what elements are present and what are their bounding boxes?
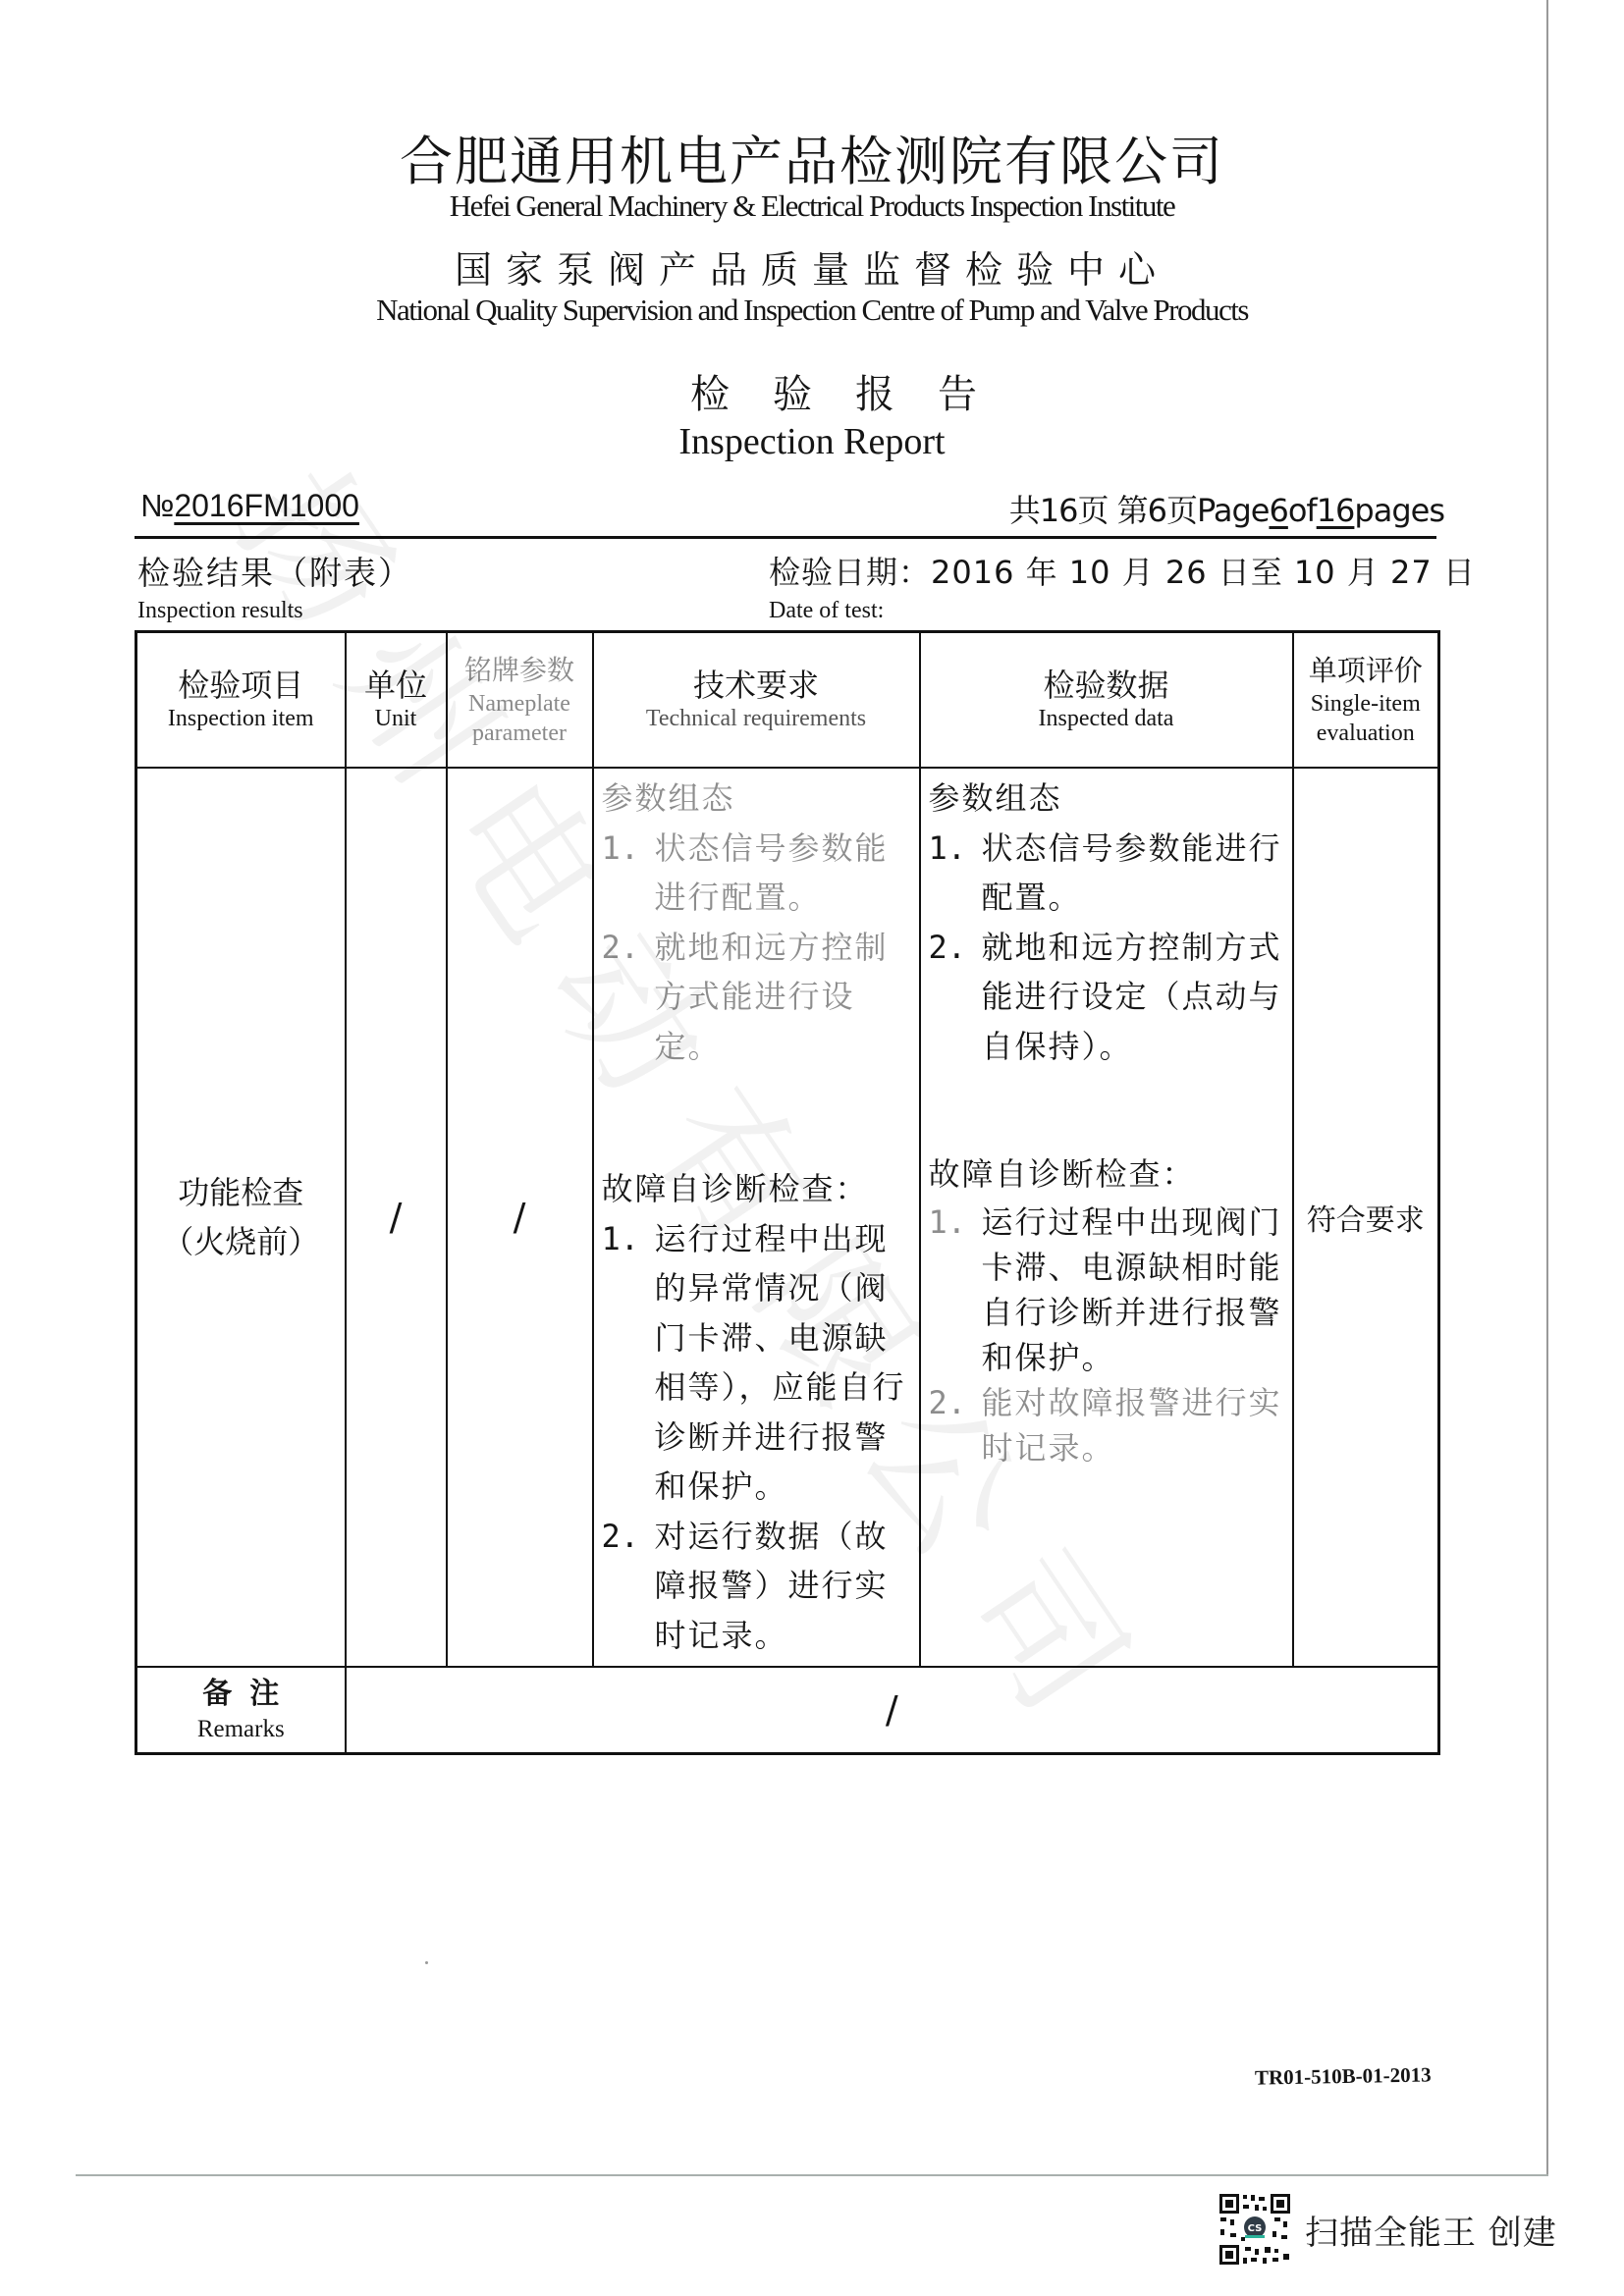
document-number: №2016FM1000 bbox=[140, 488, 359, 524]
list-item: 2.就地和远方控制方式能进行设定。 bbox=[602, 923, 913, 1072]
form-code: TR01-510B-01-2013 bbox=[1255, 2062, 1432, 2090]
list-item: 2.就地和远方控制方式能进行设定（点动与自保持）。 bbox=[929, 923, 1286, 1072]
center-name-en: National Quality Supervision and Inspect… bbox=[0, 293, 1624, 328]
cell-inspection-item: 功能检查 （火烧前） bbox=[136, 768, 346, 1667]
item-qualifier: （火烧前） bbox=[137, 1217, 345, 1266]
remarks-row: 备注 Remarks / bbox=[136, 1667, 1439, 1754]
col-header-en: Technical requirements bbox=[594, 704, 919, 733]
col-header-cn: 单项评价 bbox=[1294, 652, 1438, 689]
remarks-label: 备注 Remarks bbox=[136, 1667, 346, 1754]
col-header-nameplate: 铭牌参数 Nameplate parameter bbox=[447, 632, 593, 769]
item-text: 状态信号参数能进行配置。 bbox=[655, 824, 913, 923]
col-header-cn: 检验数据 bbox=[921, 667, 1292, 704]
col-header-cn: 铭牌参数 bbox=[448, 652, 592, 689]
report-title-en: Inspection Report bbox=[0, 420, 1624, 463]
col-header-en: evaluation bbox=[1294, 719, 1438, 748]
item-text: 就地和远方控制方式能进行设定。 bbox=[655, 923, 913, 1072]
col-header-inspection-item: 检验项目 Inspection item bbox=[136, 632, 346, 769]
col-header-inspected-data: 检验数据 Inspected data bbox=[920, 632, 1293, 769]
item-name: 功能检查 bbox=[137, 1168, 345, 1217]
col-header-en: Inspection item bbox=[137, 704, 345, 733]
item-number: 2. bbox=[602, 923, 655, 1072]
test-date-cn: 检验日期：2016 年 10 月 26 日至 10 月 27 日 bbox=[769, 548, 1476, 593]
item-number: 2. bbox=[929, 1380, 982, 1470]
item-number: 1. bbox=[602, 824, 655, 923]
org-name-en: Hefei General Machinery & Electrical Pro… bbox=[0, 188, 1624, 224]
page-info-en-prefix: Page bbox=[1197, 492, 1269, 529]
req-section1-list: 1.状态信号参数能进行配置。 2.就地和远方控制方式能进行设定。 bbox=[602, 824, 913, 1072]
remarks-value: / bbox=[346, 1667, 1439, 1754]
item-number: 2. bbox=[602, 1512, 655, 1661]
col-header-cn: 单位 bbox=[347, 667, 446, 704]
scanner-badge: CS bbox=[1248, 2223, 1263, 2234]
col-header-evaluation: 单项评价 Single-item evaluation bbox=[1293, 632, 1439, 769]
cell-evaluation: 符合要求 bbox=[1293, 768, 1439, 1667]
col-header-cn: 检验项目 bbox=[137, 667, 345, 704]
col-header-technical-requirements: 技术要求 Technical requirements bbox=[593, 632, 920, 769]
doc-number-value: 2016FM1000 bbox=[174, 488, 359, 523]
item-text: 运行过程中出现的异常情况（阀门卡滞、电源缺相等），应能自行诊断并进行报警和保护。 bbox=[655, 1214, 913, 1512]
req-section-title: 参数组态 bbox=[602, 774, 913, 824]
cell-nameplate: / bbox=[447, 768, 593, 1667]
inspection-results-table: 检验项目 Inspection item 单位 Unit 铭牌参数 Namepl… bbox=[135, 630, 1440, 1755]
page-frame-bottom bbox=[76, 2174, 1548, 2176]
page-info: 共16页 第6页Page6of16pages bbox=[1009, 486, 1444, 531]
scanner-watermark: CS 扫描全能王 创建 bbox=[1218, 2193, 1557, 2266]
qr-code-icon: CS bbox=[1218, 2193, 1291, 2266]
data-section-title: 参数组态 bbox=[929, 774, 1286, 824]
col-header-en: Single-item bbox=[1294, 689, 1438, 719]
req-section2-list: 1.运行过程中出现的异常情况（阀门卡滞、电源缺相等），应能自行诊断并进行报警和保… bbox=[602, 1214, 913, 1661]
table-header-row: 检验项目 Inspection item 单位 Unit 铭牌参数 Namepl… bbox=[136, 632, 1439, 769]
data-section1-list: 1.状态信号参数能进行配置。 2.就地和远方控制方式能进行设定（点动与自保持）。 bbox=[929, 824, 1286, 1072]
cell-inspected-data: 参数组态 1.状态信号参数能进行配置。 2.就地和远方控制方式能进行设定（点动与… bbox=[920, 768, 1293, 1667]
list-item: 1.状态信号参数能进行配置。 bbox=[929, 824, 1286, 923]
list-item: 2.对运行数据（故障报警）进行实时记录。 bbox=[602, 1512, 913, 1661]
doc-number-prefix: № bbox=[140, 488, 174, 523]
cell-technical-requirements: 参数组态 1.状态信号参数能进行配置。 2.就地和远方控制方式能进行设定。 故障… bbox=[593, 768, 920, 1667]
list-item: 2.能对故障报警进行实时记录。 bbox=[929, 1380, 1286, 1470]
item-text: 能对故障报警进行实时记录。 bbox=[982, 1380, 1286, 1470]
remarks-label-cn: 备注 bbox=[137, 1675, 345, 1714]
item-number: 1. bbox=[602, 1214, 655, 1512]
item-text: 对运行数据（故障报警）进行实时记录。 bbox=[655, 1512, 913, 1661]
org-name-cn: 合肥通用机电产品检测院有限公司 bbox=[0, 120, 1624, 195]
table-row: 功能检查 （火烧前） / / 参数组态 1.状态信号参数能进行配置。 2.就地和… bbox=[136, 768, 1439, 1667]
scanner-label: 扫描全能王 创建 bbox=[1305, 2206, 1557, 2254]
results-label-cn: 检验结果（附表） bbox=[137, 548, 412, 594]
cell-unit: / bbox=[346, 768, 447, 1667]
item-number: 1. bbox=[929, 824, 982, 923]
center-name-cn: 国家泵阀产品质量监督检验中心 bbox=[0, 240, 1624, 294]
col-header-en: Unit bbox=[347, 704, 446, 733]
page-total: 16 bbox=[1317, 492, 1355, 529]
page-info-cn: 共16页 第6页 bbox=[1009, 492, 1197, 529]
item-text: 就地和远方控制方式能进行设定（点动与自保持）。 bbox=[982, 923, 1286, 1072]
list-item: 1.运行过程中出现的异常情况（阀门卡滞、电源缺相等），应能自行诊断并进行报警和保… bbox=[602, 1214, 913, 1512]
header-rule bbox=[135, 536, 1436, 539]
data-section2-list: 1.运行过程中出现阀门卡滞、电源缺相时能自行诊断并进行报警和保护。 2.能对故障… bbox=[929, 1200, 1286, 1470]
report-title-cn: 检验报告 bbox=[0, 363, 1624, 419]
page-current: 6 bbox=[1269, 492, 1287, 529]
data-section-title: 故障自诊断检查： bbox=[929, 1149, 1286, 1200]
col-header-en: Nameplate bbox=[448, 689, 592, 719]
page-of: of bbox=[1288, 492, 1317, 529]
col-header-cn: 技术要求 bbox=[594, 667, 919, 704]
scan-speck bbox=[425, 1961, 428, 1964]
item-text: 运行过程中出现阀门卡滞、电源缺相时能自行诊断并进行报警和保护。 bbox=[982, 1200, 1286, 1380]
req-section-title: 故障自诊断检查： bbox=[602, 1164, 913, 1214]
test-date-value: 2016 年 10 月 26 日至 10 月 27 日 bbox=[931, 554, 1476, 591]
item-number: 2. bbox=[929, 923, 982, 1072]
test-date-label-en: Date of test: bbox=[769, 598, 884, 624]
col-header-en: Inspected data bbox=[921, 704, 1292, 733]
list-item: 1.状态信号参数能进行配置。 bbox=[602, 824, 913, 923]
results-label-en: Inspection results bbox=[137, 598, 303, 624]
item-text: 状态信号参数能进行配置。 bbox=[982, 824, 1286, 923]
page-info-en-suffix: pages bbox=[1354, 492, 1444, 529]
list-item: 1.运行过程中出现阀门卡滞、电源缺相时能自行诊断并进行报警和保护。 bbox=[929, 1200, 1286, 1380]
item-number: 1. bbox=[929, 1200, 982, 1380]
col-header-unit: 单位 Unit bbox=[346, 632, 447, 769]
col-header-en: parameter bbox=[448, 719, 592, 748]
test-date-label: 检验日期： bbox=[769, 554, 931, 591]
remarks-label-en: Remarks bbox=[137, 1714, 345, 1745]
